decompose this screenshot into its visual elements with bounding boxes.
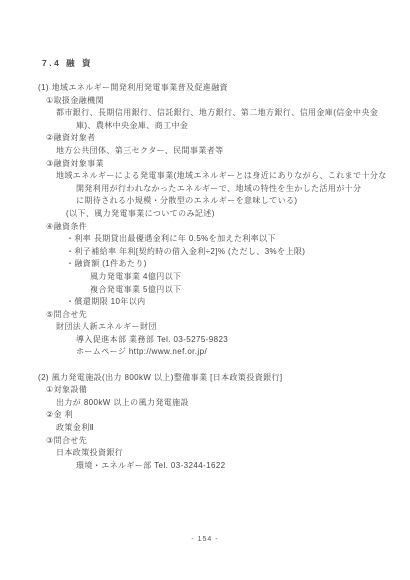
text-line: ①取扱金融機関	[38, 95, 392, 108]
text-line: ・利子補給率 年利[契約時の借入金利÷2]% (ただし、3%を上限)	[38, 246, 392, 259]
text-line: 財団法人新エネルギー財団	[38, 321, 392, 334]
text-line: 出力が 800kW 以上の風力発電施設	[38, 397, 392, 410]
text-line: 政策金利Ⅱ	[38, 422, 392, 435]
text-line: (2) 風力発電施設(出力 800kW 以上)整備事業 [日本政策投資銀行]	[38, 372, 392, 385]
text-line: 日本政策投資銀行	[38, 447, 392, 460]
text-line: (以下、風力発電事業についてのみ記述)	[38, 208, 392, 221]
text-line: ③問合せ先	[38, 435, 392, 448]
text-line: 複合発電事業 5億円以下	[38, 284, 392, 297]
text-line: 開発利用が行われなかったエネルギーで、地域の特性を生かした活用が十分	[38, 183, 392, 196]
document-page: 7.4 融 資 (1) 地域エネルギー開発利用発電事業普及促進融資①取扱金融機関…	[0, 0, 410, 580]
text-line: ②金 利	[38, 409, 392, 422]
text-line: に期待される小規模・分散型のエネルギーを意味している)	[38, 195, 392, 208]
text-line: ・融資額 (1件あたり)	[38, 258, 392, 271]
text-line	[38, 359, 392, 372]
text-line: (1) 地域エネルギー開発利用発電事業普及促進融資	[38, 82, 392, 95]
page-title: 7.4 融 資	[42, 57, 93, 69]
document-lines: (1) 地域エネルギー開発利用発電事業普及促進融資①取扱金融機関都市銀行、長期信…	[38, 82, 392, 472]
text-line: ・利率 長期貸出最優遇金利に年 0.5%を加えた利率以下	[38, 233, 392, 246]
text-line: 地域エネルギーによる発電事業(地域エネルギーとは身近にありながら、これまで十分な	[38, 170, 392, 183]
text-line: ③融資対象事業	[38, 158, 392, 171]
text-line: ①対象設備	[38, 384, 392, 397]
text-line: 都市銀行、長期信用銀行、信託銀行、地方銀行、第二地方銀行、信用金庫(信金中央金	[38, 107, 392, 120]
text-line: 地方公共団体、第三セクター、民間事業者等	[38, 145, 392, 158]
text-line: ⑤問合せ先	[38, 309, 392, 322]
text-line: ホームページ http://www.nef.or.jp/	[38, 346, 392, 359]
text-line: 庫)、農林中央金庫、商工中金	[38, 120, 392, 133]
text-line: 環境・エネルギー部 Tel. 03-3244-1622	[38, 460, 392, 473]
text-line: 導入促進本部 業務部 Tel. 03-5275-9823	[38, 334, 392, 347]
text-line: ④融資条件	[38, 221, 392, 234]
text-line: 風力発電事業 4億円以下	[38, 271, 392, 284]
text-line: ・償還期限 10年以内	[38, 296, 392, 309]
page-number: - 154 -	[0, 536, 410, 543]
text-line: ②融資対象者	[38, 132, 392, 145]
